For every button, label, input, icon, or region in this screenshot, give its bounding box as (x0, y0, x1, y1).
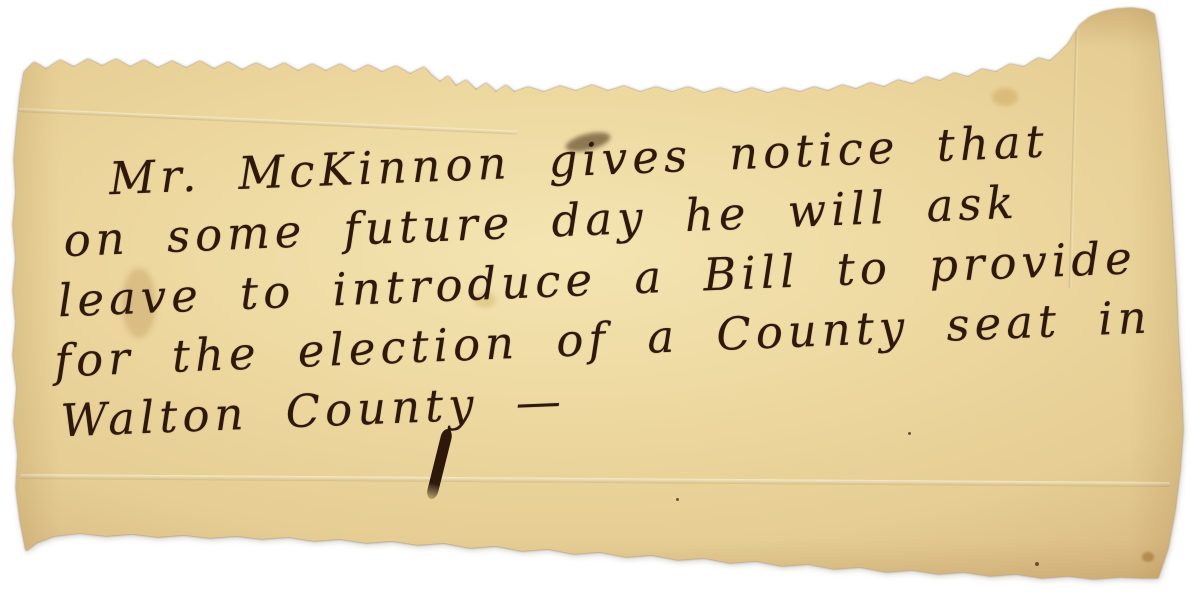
crease-line-bottom (20, 474, 1170, 487)
ink-showthrough-stain (122, 268, 156, 338)
speck-stain (908, 432, 911, 435)
paper-fragment: Mr. McKinnon gives notice that on some f… (0, 0, 1200, 600)
handwritten-line: Walton County — (60, 346, 1191, 451)
foxing-stain (1142, 552, 1154, 562)
handwritten-line: for the election of a County seat in (53, 286, 1188, 391)
scan-background: Mr. McKinnon gives notice that on some f… (0, 0, 1200, 600)
speck-stain (1035, 562, 1039, 566)
handwritten-note: Mr. McKinnon gives notice that on some f… (40, 106, 1191, 452)
handwritten-line: leave to introduce a Bill to provide (57, 226, 1186, 331)
foxing-stain (474, 292, 496, 308)
foxing-stain (992, 88, 1018, 106)
handwritten-line: on some future day he will ask (62, 166, 1184, 271)
crease-line-right (1069, 28, 1079, 288)
speck-stain (676, 498, 679, 501)
ink-smudge-stain (564, 129, 613, 156)
pen-flourish-stroke (425, 428, 453, 501)
handwritten-line: Mr. McKinnon gives notice that (108, 106, 1182, 209)
crease-line-top (18, 108, 518, 135)
paper-shadow-wrapper: Mr. McKinnon gives notice that on some f… (0, 0, 1200, 600)
